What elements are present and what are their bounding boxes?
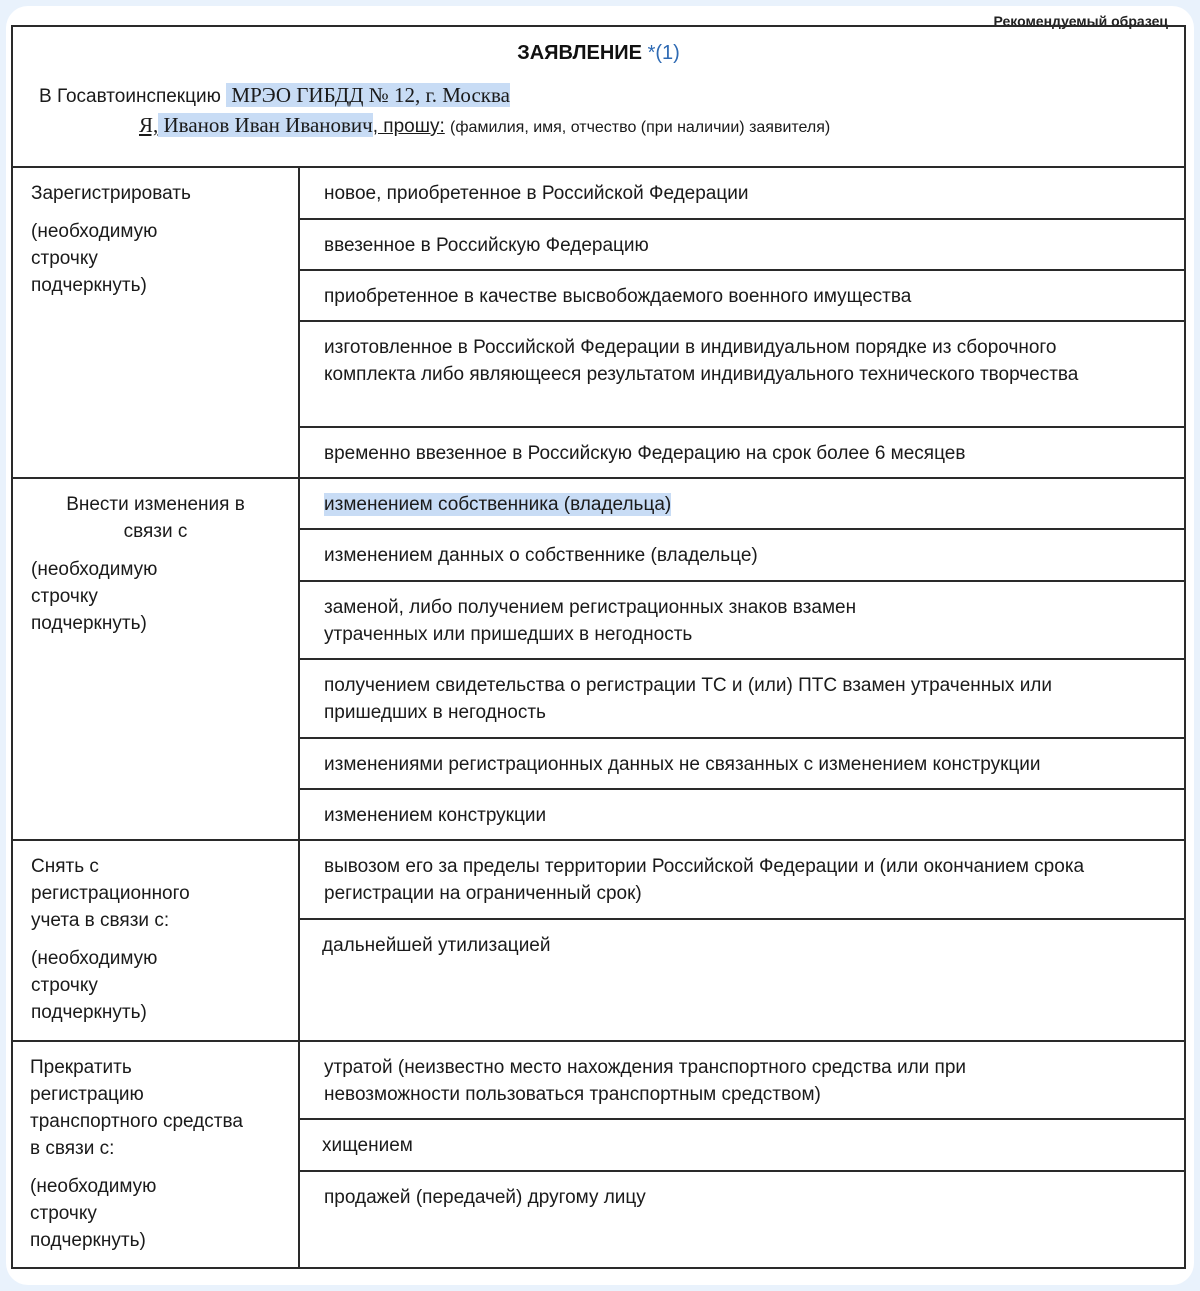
option-row[interactable]: продажей (передачей) другому лицу — [300, 1172, 1184, 1267]
option-row[interactable]: получением свидетельства о регистрации Т… — [300, 660, 1184, 739]
option-row[interactable]: дальнейшей утилизацией — [300, 920, 1184, 1042]
option-row[interactable]: изменением конструкции — [300, 790, 1184, 841]
section-label: Прекратить регистрацию транспортного сре… — [30, 1054, 245, 1162]
applicant-prefix: Я, — [139, 113, 158, 137]
section-label-cell: Зарегистрировать (необходимую строчку по… — [13, 168, 300, 477]
form-header: ЗАЯВЛЕНИЕ *(1) В Госавтоинспекцию МРЭО Г… — [13, 27, 1184, 168]
option-row[interactable]: приобретенное в качестве высвобождаемого… — [300, 271, 1184, 322]
authority-prefix: В Госавтоинспекцию — [39, 86, 221, 107]
section-options: вывозом его за пределы территории Россий… — [300, 841, 1184, 1040]
option-row[interactable]: утратой (неизвестно место нахождения тра… — [300, 1042, 1184, 1120]
option-row[interactable]: изготовленное в Российской Федерации в и… — [300, 322, 1184, 428]
option-row[interactable]: хищением — [300, 1120, 1184, 1172]
option-row-selected[interactable]: изменением собственника (владельца) — [300, 479, 1184, 530]
option-row[interactable]: изменением данных о собственнике (владел… — [300, 530, 1184, 582]
applicant-name-field[interactable]: Иванов Иван Иванович — [158, 113, 372, 137]
section-label: Внести изменения в связи с — [23, 491, 288, 545]
applicant-suffix: , прошу: — [373, 116, 445, 137]
section-label: Зарегистрировать — [31, 180, 288, 207]
authority-line: В Госавтоинспекцию МРЭО ГИБДД № 12, г. М… — [39, 83, 510, 108]
section-options: изменением собственника (владельца) изме… — [300, 479, 1184, 839]
section-register: Зарегистрировать (необходимую строчку по… — [13, 168, 1184, 479]
section-label-cell: Прекратить регистрацию транспортного сре… — [13, 1042, 300, 1267]
option-row[interactable]: новое, приобретенное в Российской Федера… — [300, 168, 1184, 220]
application-form: ЗАЯВЛЕНИЕ *(1) В Госавтоинспекцию МРЭО Г… — [11, 25, 1186, 1269]
section-label: Снять с регистрационного учета в связи с… — [31, 853, 231, 934]
option-row[interactable]: ввезенное в Российскую Федерацию — [300, 220, 1184, 271]
section-hint: (необходимую строчку подчеркнуть) — [31, 945, 201, 1026]
section-label-cell: Внести изменения в связи с (необходимую … — [13, 479, 300, 839]
section-options: новое, приобретенное в Российской Федера… — [300, 168, 1184, 477]
form-title: ЗАЯВЛЕНИЕ *(1) — [13, 42, 1184, 65]
applicant-line: Я, Иванов Иван Иванович, прошу: (фамилия… — [139, 113, 830, 138]
authority-field[interactable]: МРЭО ГИБДД № 12, г. Москва — [226, 83, 510, 107]
section-hint: (необходимую строчку подчеркнуть) — [30, 1173, 200, 1254]
section-deregister: Снять с регистрационного учета в связи с… — [13, 841, 1184, 1042]
title-footnote-link[interactable]: *(1) — [648, 42, 680, 64]
section-hint: (необходимую строчку подчеркнуть) — [31, 556, 201, 637]
section-label-cell: Снять с регистрационного учета в связи с… — [13, 841, 300, 1040]
section-changes: Внести изменения в связи с (необходимую … — [13, 479, 1184, 841]
option-row[interactable]: временно ввезенное в Российскую Федераци… — [300, 428, 1184, 479]
title-text: ЗАЯВЛЕНИЕ — [517, 42, 642, 64]
section-hint: (необходимую строчку подчеркнуть) — [31, 218, 201, 299]
section-options: утратой (неизвестно место нахождения тра… — [300, 1042, 1184, 1267]
option-row[interactable]: изменениями регистрационных данных не св… — [300, 739, 1184, 790]
section-terminate: Прекратить регистрацию транспортного сре… — [13, 1042, 1184, 1267]
option-row[interactable]: вывозом его за пределы территории Россий… — [300, 841, 1184, 920]
applicant-hint: (фамилия, имя, отчество (при наличии) за… — [450, 119, 830, 136]
option-row[interactable]: заменой, либо получением регистрационных… — [300, 582, 1184, 660]
